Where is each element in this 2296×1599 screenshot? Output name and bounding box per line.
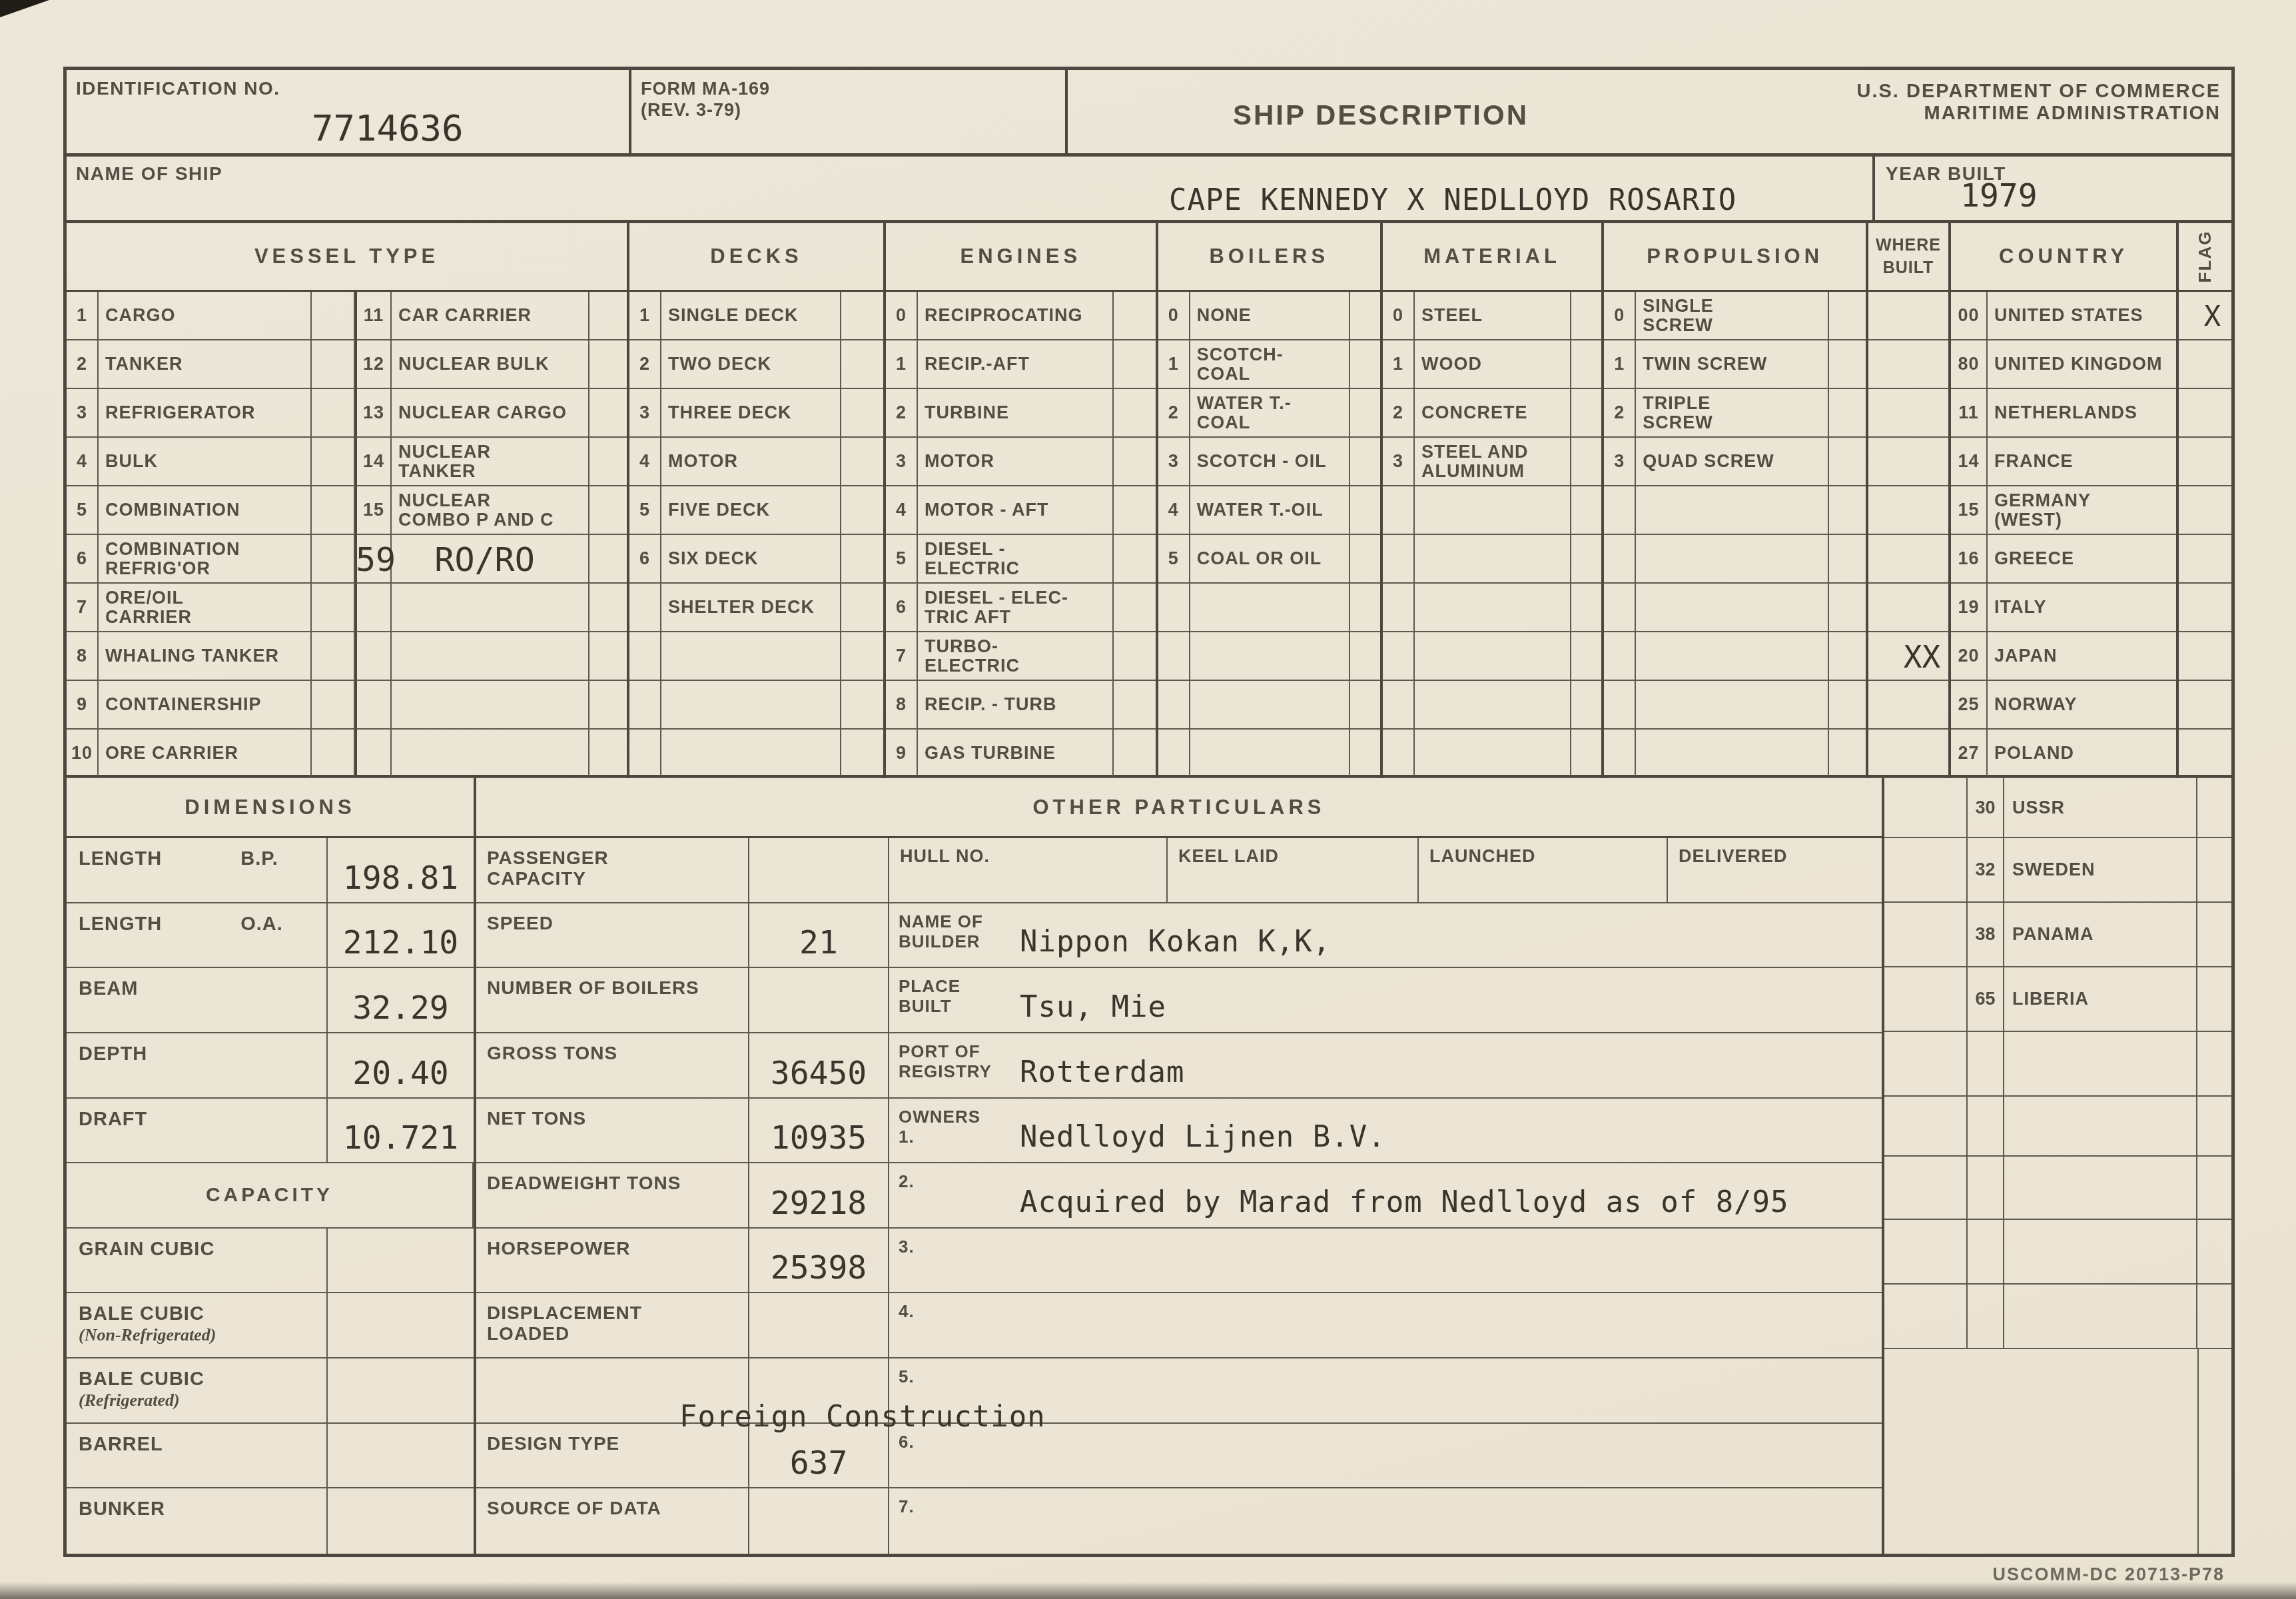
boiler-label: WATER T.- COAL (1190, 389, 1350, 438)
engine-check-cell (1114, 584, 1156, 632)
particular-value (749, 1488, 889, 1554)
decks-title: DECKS (629, 223, 883, 292)
country-name: ITALY (1988, 584, 2176, 632)
country-name: PANAMA (2004, 903, 2197, 967)
vessel-label: TANKER (99, 340, 312, 389)
engine-label: MOTOR (918, 438, 1114, 486)
boiler-code: 1 (1158, 340, 1190, 389)
port-of-registry-label: PORT OF REGISTRY (889, 1033, 1020, 1097)
where-built-cell (1884, 903, 1968, 967)
engines-table: ENGINES 0 RECIPROCATING 1 RECIP.-AFT 2 T… (883, 223, 1156, 775)
country-name: NETHERLANDS (1988, 389, 2176, 438)
material-label: STEEL (1415, 292, 1571, 340)
form-number-cell: FORM MA-169 (REV. 3-79) (631, 70, 1068, 153)
boiler-label (1190, 730, 1350, 778)
agency-name: U.S. DEPARTMENT OF COMMERCE MARITIME ADM… (1857, 81, 2221, 125)
vessel-code: 10 (67, 730, 99, 778)
material-check-cell (1571, 584, 1601, 632)
material-code (1383, 730, 1415, 778)
country-name: SWEDEN (2004, 838, 2197, 903)
vessel-label: CAR CARRIER (392, 292, 589, 340)
capacity-label: BALE CUBIC(Refrigerated) (67, 1358, 328, 1424)
boiler-label (1190, 632, 1350, 681)
ship-name-label: NAME OF SHIP (76, 163, 222, 185)
port-of-registry-row: PORT OF REGISTRY Rotterdam (889, 1033, 1882, 1099)
material-check-cell (1571, 681, 1601, 730)
where-built-cell (1884, 1032, 1968, 1097)
country-name (2004, 1220, 2197, 1285)
engine-code: 0 (886, 292, 918, 340)
flag-cell (2197, 1032, 2231, 1097)
deck-label: SINGLE DECK (661, 292, 841, 340)
engine-code: 3 (886, 438, 918, 486)
vessel-label: CARGO (99, 292, 312, 340)
typed-where-built-mark: XX (1880, 632, 1964, 681)
material-check-cell (1571, 535, 1601, 584)
vessel-code: 14 (355, 438, 392, 486)
material-code (1383, 486, 1415, 535)
material-code: 3 (1383, 438, 1415, 486)
vessel-label: COMBINATION REFRIG'OR (99, 535, 312, 584)
propulsion-label (1636, 486, 1829, 535)
deck-label (661, 632, 841, 681)
capacity-label: BARREL (67, 1424, 328, 1489)
vessel-check-cell (312, 730, 355, 778)
dimension-value: 10.721 (328, 1099, 474, 1164)
deck-label: FIVE DECK (661, 486, 841, 535)
engines-title: ENGINES (886, 223, 1156, 292)
port-of-registry-value: Rotterdam (1020, 1055, 1184, 1097)
owner-4-label: 4. (889, 1293, 1020, 1357)
capacity-value (328, 1293, 474, 1358)
material-table: MATERIAL 0 STEEL 1 WOOD 2 CONCRETE 3 STE… (1380, 223, 1601, 775)
boiler-check-cell (1350, 292, 1380, 340)
boiler-check-cell (1350, 389, 1380, 438)
owner-4-row: 4. (889, 1293, 1882, 1358)
boiler-code: 2 (1158, 389, 1190, 438)
country-code: 11 (1951, 389, 1988, 438)
vessel-check-cell (312, 340, 355, 389)
deck-check-cell (841, 438, 883, 486)
where-built-cell (1884, 1157, 1968, 1220)
engine-check-cell (1114, 730, 1156, 778)
engine-code: 6 (886, 584, 918, 632)
propulsion-label (1636, 632, 1829, 681)
country-name (2004, 1097, 2197, 1157)
vessel-check-cell (589, 486, 627, 535)
boiler-label (1190, 681, 1350, 730)
propulsion-code: 3 (1604, 438, 1636, 486)
engine-check-cell (1114, 535, 1156, 584)
flag-cell (2179, 632, 2231, 681)
propulsion-table: PROPULSION 0 SINGLE SCREW 1 TWIN SCREW 2… (1601, 223, 1866, 775)
empty-box (1884, 1349, 2197, 1554)
empty-flag-box (2197, 1349, 2231, 1554)
propulsion-code: 0 (1604, 292, 1636, 340)
engine-label: GAS TURBINE (918, 730, 1114, 778)
propulsion-code (1604, 730, 1636, 778)
particular-label: NET TONS (476, 1099, 749, 1164)
country-name: POLAND (1988, 730, 2176, 778)
propulsion-title: PROPULSION (1604, 223, 1866, 292)
country-table: COUNTRY 00 UNITED STATES 80 UNITED KINGD… (1948, 223, 2176, 775)
vessel-code (355, 584, 392, 632)
particular-value (749, 838, 889, 903)
owner-7-row: 7. (889, 1488, 1882, 1554)
details-section: DIMENSIONS LENGTHB.P. 198.81 LENGTHO.A. … (67, 778, 2231, 1554)
where-built-cell (1884, 778, 1968, 838)
engine-label: DIESEL - ELECTRIC (918, 535, 1114, 584)
country-name (2004, 1285, 2197, 1349)
vessel-check-cell (312, 292, 355, 340)
material-code (1383, 632, 1415, 681)
code-tables: VESSEL TYPE 1 CARGO 11 CAR CARRIER 2 TAN… (67, 223, 2231, 778)
vessel-label: NUCLEAR TANKER (392, 438, 589, 486)
country-name: NORWAY (1988, 681, 2176, 730)
vessel-type-title: VESSEL TYPE (67, 223, 627, 292)
vessel-check-cell (589, 292, 627, 340)
deck-code (629, 681, 661, 730)
propulsion-check-cell (1829, 535, 1866, 584)
vessel-check-cell (589, 632, 627, 681)
where-built-cell (1884, 1097, 1968, 1157)
where-built-cell (1868, 438, 1948, 486)
material-code (1383, 535, 1415, 584)
vessel-code: 8 (67, 632, 99, 681)
vessel-code: 7 (67, 584, 99, 632)
country-code: 25 (1951, 681, 1988, 730)
country-name: LIBERIA (2004, 967, 2197, 1032)
propulsion-code (1604, 681, 1636, 730)
dimension-value: 20.40 (328, 1033, 474, 1099)
where-built-cell (1868, 486, 1948, 535)
other-particulars-table: OTHER PARTICULARS PASSENGER CAPACITY HUL… (474, 778, 1882, 1554)
boiler-label: SCOTCH- COAL (1190, 340, 1350, 389)
country-code: 15 (1951, 486, 1988, 535)
where-built-cell (1868, 681, 1948, 730)
propulsion-label (1636, 584, 1829, 632)
deck-check-cell (841, 681, 883, 730)
country-name: GERMANY (WEST) (1988, 486, 2176, 535)
deck-code: 2 (629, 340, 661, 389)
particular-value: 36450 (749, 1033, 889, 1099)
ship-name-cell: NAME OF SHIP CAPE KENNEDY X NEDLLOYD ROS… (67, 157, 1875, 220)
identification-label: IDENTIFICATION NO. (76, 78, 280, 99)
vessel-code (355, 681, 392, 730)
where-built-cell (1884, 1285, 1968, 1349)
flag-cell (2197, 1157, 2231, 1220)
typed-flag-mark: X (2193, 292, 2231, 340)
deck-label: SHELTER DECK (661, 584, 841, 632)
where-built-cell (1884, 1220, 1968, 1285)
propulsion-check-cell (1829, 632, 1866, 681)
flag-cell (2197, 1097, 2231, 1157)
flag-cell (2179, 486, 2231, 535)
vessel-check-cell (312, 389, 355, 438)
boiler-check-cell (1350, 535, 1380, 584)
deck-check-cell (841, 486, 883, 535)
where-built-cell (1884, 967, 1968, 1032)
country-name: JAPAN (1988, 632, 2176, 681)
propulsion-code (1604, 486, 1636, 535)
boiler-code: 0 (1158, 292, 1190, 340)
vessel-label: NUCLEAR BULK (392, 340, 589, 389)
country-code (1968, 1157, 2004, 1220)
owner-3-label: 3. (889, 1229, 1020, 1293)
vessel-code: 13 (355, 389, 392, 438)
boiler-check-cell (1350, 632, 1380, 681)
particular-label: DISPLACEMENT LOADED (476, 1293, 749, 1358)
propulsion-check-cell (1829, 389, 1866, 438)
engine-label: TURBINE (918, 389, 1114, 438)
owner-2-row: 2. Acquired by Marad from Nedlloyd as of… (889, 1163, 1882, 1229)
material-title: MATERIAL (1383, 223, 1601, 292)
deck-label: THREE DECK (661, 389, 841, 438)
material-check-cell (1571, 486, 1601, 535)
deck-check-cell (841, 389, 883, 438)
country-name: GREECE (1988, 535, 2176, 584)
country-continuation: 30 USSR 32 SWEDEN 38 PANAMA 65 LIBERIA (1882, 778, 2231, 1554)
vessel-label: NUCLEAR COMBO P AND C (392, 486, 589, 535)
capacity-value (328, 1488, 474, 1554)
country-name: UNITED KINGDOM (1988, 340, 2176, 389)
where-built-cell (1868, 389, 1948, 438)
engine-code: 8 (886, 681, 918, 730)
particular-label: PASSENGER CAPACITY (476, 838, 749, 903)
propulsion-check-cell (1829, 292, 1866, 340)
capacity-value (328, 1358, 474, 1424)
material-check-cell (1571, 730, 1601, 778)
engine-check-cell (1114, 340, 1156, 389)
where-built-cell (1868, 535, 1948, 584)
material-check-cell (1571, 438, 1601, 486)
boiler-code (1158, 632, 1190, 681)
material-code (1383, 584, 1415, 632)
engine-check-cell (1114, 292, 1156, 340)
hull-no-label: HULL NO. (889, 838, 1168, 903)
vessel-code: 4 (67, 438, 99, 486)
vessel-label: NUCLEAR CARGO (392, 389, 589, 438)
engine-code: 9 (886, 730, 918, 778)
form-number: FORM MA-169 (641, 78, 1065, 99)
flag-cell (2197, 838, 2231, 903)
identification-cell: IDENTIFICATION NO. 7714636 (67, 70, 631, 153)
ship-name-value: CAPE KENNEDY X NEDLLOYD ROSARIO (1169, 183, 1736, 217)
vessel-check-cell (589, 438, 627, 486)
propulsion-code (1604, 632, 1636, 681)
propulsion-code (1604, 535, 1636, 584)
country-title: COUNTRY (1951, 223, 2176, 292)
vessel-label: ORE/OIL CARRIER (99, 584, 312, 632)
country-name: FRANCE (1988, 438, 2176, 486)
country-name (2004, 1032, 2197, 1097)
boiler-label: COAL OR OIL (1190, 535, 1350, 584)
boiler-code (1158, 681, 1190, 730)
boilers-title: BOILERS (1158, 223, 1380, 292)
deck-code (629, 632, 661, 681)
vessel-check-cell (589, 584, 627, 632)
vessel-code: 12 (355, 340, 392, 389)
vessel-check-cell (312, 632, 355, 681)
material-label (1415, 632, 1571, 681)
vessel-code: 2 (67, 340, 99, 389)
boiler-label: WATER T.-OIL (1190, 486, 1350, 535)
country-code: 00 (1951, 292, 1988, 340)
flag-cell (2179, 730, 2231, 778)
vessel-label (392, 730, 589, 778)
country-name (2004, 1157, 2197, 1220)
country-code: 65 (1968, 967, 2004, 1032)
scan-edge-shadow (0, 1582, 2296, 1599)
flag-cell (2179, 584, 2231, 632)
material-label (1415, 535, 1571, 584)
vessel-label: BULK (99, 438, 312, 486)
material-label: CONCRETE (1415, 389, 1571, 438)
country-code: 27 (1951, 730, 1988, 778)
propulsion-label: SINGLE SCREW (1636, 292, 1829, 340)
typed-vessel-type-entry: 59 RO/RO (356, 540, 535, 579)
dimension-label: DEPTH (67, 1033, 328, 1099)
material-code: 1 (1383, 340, 1415, 389)
vessel-code: 15 (355, 486, 392, 535)
engine-label: DIESEL - ELEC- TRIC AFT (918, 584, 1114, 632)
vessel-check-cell (312, 584, 355, 632)
material-code: 2 (1383, 389, 1415, 438)
owner-7-label: 7. (889, 1488, 1020, 1554)
vessel-label: COMBINATION (99, 486, 312, 535)
form-title: SHIP DESCRIPTION (1233, 99, 1529, 131)
particular-label: SPEED (476, 903, 749, 969)
country-code (1968, 1097, 2004, 1157)
capacity-title: CAPACITY (67, 1163, 474, 1229)
deck-code: 6 (629, 535, 661, 584)
deck-check-cell (841, 340, 883, 389)
flag-cell (2179, 681, 2231, 730)
vessel-code: 6 (67, 535, 99, 584)
engine-label: RECIP. - TURB (918, 681, 1114, 730)
particular-label: NUMBER OF BOILERS (476, 968, 749, 1033)
owner-1-value: Nedlloyd Lijnen B.V. (1020, 1120, 1386, 1162)
form-header: IDENTIFICATION NO. 7714636 FORM MA-169 (… (67, 70, 2231, 157)
country-code: 38 (1968, 903, 2004, 967)
vessel-code: 9 (67, 681, 99, 730)
vessel-check-cell (312, 535, 355, 584)
propulsion-label: TRIPLE SCREW (1636, 389, 1829, 438)
boiler-label (1190, 584, 1350, 632)
country-code (1968, 1032, 2004, 1097)
builder-label: NAME OF BUILDER (889, 903, 1020, 967)
year-built-cell: YEAR BUILT 1979 (1875, 157, 2231, 220)
deck-label: TWO DECK (661, 340, 841, 389)
particular-label: HORSEPOWER (476, 1229, 749, 1294)
propulsion-label: TWIN SCREW (1636, 340, 1829, 389)
engine-label: TURBO- ELECTRIC (918, 632, 1114, 681)
vessel-code: 3 (67, 389, 99, 438)
boiler-code: 5 (1158, 535, 1190, 584)
flag-cell (2179, 438, 2231, 486)
particular-value: 29218 (749, 1163, 889, 1229)
boiler-check-cell (1350, 486, 1380, 535)
deck-label: MOTOR (661, 438, 841, 486)
vessel-label (392, 681, 589, 730)
owner-3-row: 3. (889, 1229, 1882, 1294)
material-label (1415, 681, 1571, 730)
builder-value: Nippon Kokan K,K, (1020, 925, 1331, 967)
engine-check-cell (1114, 486, 1156, 535)
deck-code: 5 (629, 486, 661, 535)
deck-check-cell (841, 292, 883, 340)
particular-label: SOURCE OF DATA (476, 1488, 749, 1554)
flag-cell (2197, 1220, 2231, 1285)
flag-cell (2197, 903, 2231, 967)
where-built-title: WHERE BUILT (1868, 223, 1948, 292)
dimension-label: LENGTHO.A. (67, 903, 328, 969)
flag-cell (2179, 535, 2231, 584)
material-code (1383, 681, 1415, 730)
particular-label: GROSS TONS (476, 1033, 749, 1099)
dimension-label: LENGTHB.P. (67, 838, 328, 903)
country-name: UNITED STATES (1988, 292, 2176, 340)
propulsion-code (1604, 584, 1636, 632)
boiler-check-cell (1350, 340, 1380, 389)
vessel-label: WHALING TANKER (99, 632, 312, 681)
dimensions-table: DIMENSIONS LENGTHB.P. 198.81 LENGTHO.A. … (67, 778, 474, 1554)
country-code: 16 (1951, 535, 1988, 584)
propulsion-label (1636, 681, 1829, 730)
vessel-label: REFRIGERATOR (99, 389, 312, 438)
vessel-code (355, 632, 392, 681)
material-label (1415, 486, 1571, 535)
material-check-cell (1571, 632, 1601, 681)
particular-value: 25398 (749, 1229, 889, 1294)
boiler-check-cell (1350, 730, 1380, 778)
deck-check-cell (841, 632, 883, 681)
dimensions-title: DIMENSIONS (67, 778, 474, 838)
deck-label (661, 681, 841, 730)
propulsion-label (1636, 535, 1829, 584)
identification-value: 7714636 (312, 107, 464, 149)
vessel-check-cell (589, 681, 627, 730)
dimension-value: 198.81 (328, 838, 474, 903)
engine-code: 4 (886, 486, 918, 535)
vessel-code: 5 (67, 486, 99, 535)
flag-cell (2179, 389, 2231, 438)
vessel-check-cell (589, 389, 627, 438)
vessel-type-table: VESSEL TYPE 1 CARGO 11 CAR CARRIER 2 TAN… (67, 223, 627, 775)
propulsion-check-cell (1829, 584, 1866, 632)
vessel-check-cell (589, 730, 627, 778)
deck-code: 1 (629, 292, 661, 340)
flag-cell (2197, 778, 2231, 838)
particular-value: 21 (749, 903, 889, 969)
boiler-label: NONE (1190, 292, 1350, 340)
capacity-label: GRAIN CUBIC (67, 1229, 328, 1294)
propulsion-check-cell (1829, 340, 1866, 389)
where-built-cell (1868, 730, 1948, 778)
engine-check-cell (1114, 438, 1156, 486)
flag-title-text: FLAG (2194, 231, 2217, 283)
vessel-check-cell (589, 340, 627, 389)
country-code (1968, 1220, 2004, 1285)
vessel-code: 11 (355, 292, 392, 340)
boilers-table: BOILERS 0 NONE 1 SCOTCH- COAL 2 WATER T.… (1156, 223, 1380, 775)
ship-name-band: NAME OF SHIP CAPE KENNEDY X NEDLLOYD ROS… (67, 157, 2231, 223)
vessel-label (392, 584, 589, 632)
engine-label: RECIPROCATING (918, 292, 1114, 340)
capacity-value (328, 1424, 474, 1489)
ship-description-form: IDENTIFICATION NO. 7714636 FORM MA-169 (… (63, 67, 2235, 1557)
boiler-code: 3 (1158, 438, 1190, 486)
